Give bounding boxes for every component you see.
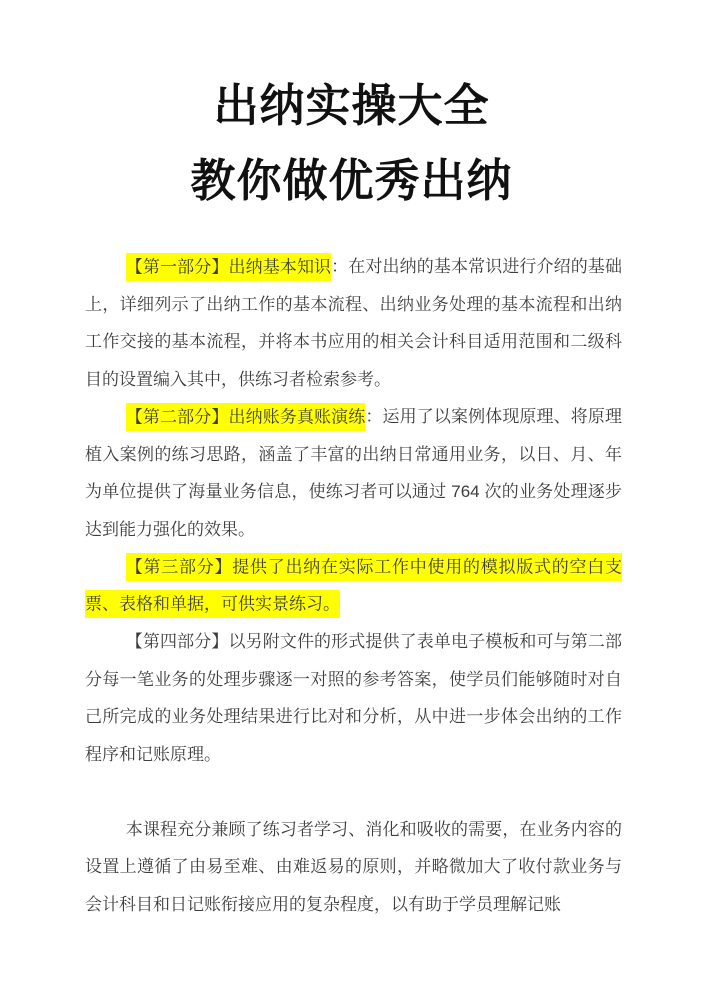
document-title-line2: 教你做优秀出纳 [0, 143, 703, 218]
document-body: 【第一部分】出纳基本知识：在对出纳的基本常识进行介绍的基础上，详细列示了出纳工作… [85, 248, 622, 923]
highlighted-text: 【第二部分】出纳账务真账演练 [126, 403, 366, 431]
highlighted-text: 【第三部分】提供了出纳在实际工作中使用的模拟版式的空白支票、表格和单据，可供实景… [85, 553, 622, 619]
paragraph: 【第四部分】以另附文件的形式提供了表单电子模板和可与第二部分每一笔业务的处理步骤… [85, 623, 622, 773]
document-page: 出纳实操大全 教你做优秀出纳 【第一部分】出纳基本知识：在对出纳的基本常识进行介… [0, 0, 703, 1000]
paragraph: 【第一部分】出纳基本知识：在对出纳的基本常识进行介绍的基础上，详细列示了出纳工作… [85, 248, 622, 398]
paragraph: 【第三部分】提供了出纳在实际工作中使用的模拟版式的空白支票、表格和单据，可供实景… [85, 548, 622, 623]
title-block: 出纳实操大全 教你做优秀出纳 [0, 0, 703, 218]
body-text: 【第四部分】以另附文件的形式提供了表单电子模板和可与第二部分每一笔业务的处理步骤… [85, 632, 622, 764]
document-title-line1: 出纳实操大全 [0, 68, 703, 143]
paragraph: 本课程充分兼顾了练习者学习、消化和吸收的需要，在业务内容的设置上遵循了由易至难、… [85, 811, 622, 924]
body-text: 本课程充分兼顾了练习者学习、消化和吸收的需要，在业务内容的设置上遵循了由易至难、… [85, 820, 622, 914]
paragraph: 【第二部分】出纳账务真账演练：运用了以案例体现原理、将原理植入案例的练习思路，涵… [85, 398, 622, 548]
highlighted-text: 【第一部分】出纳基本知识 [126, 253, 331, 281]
